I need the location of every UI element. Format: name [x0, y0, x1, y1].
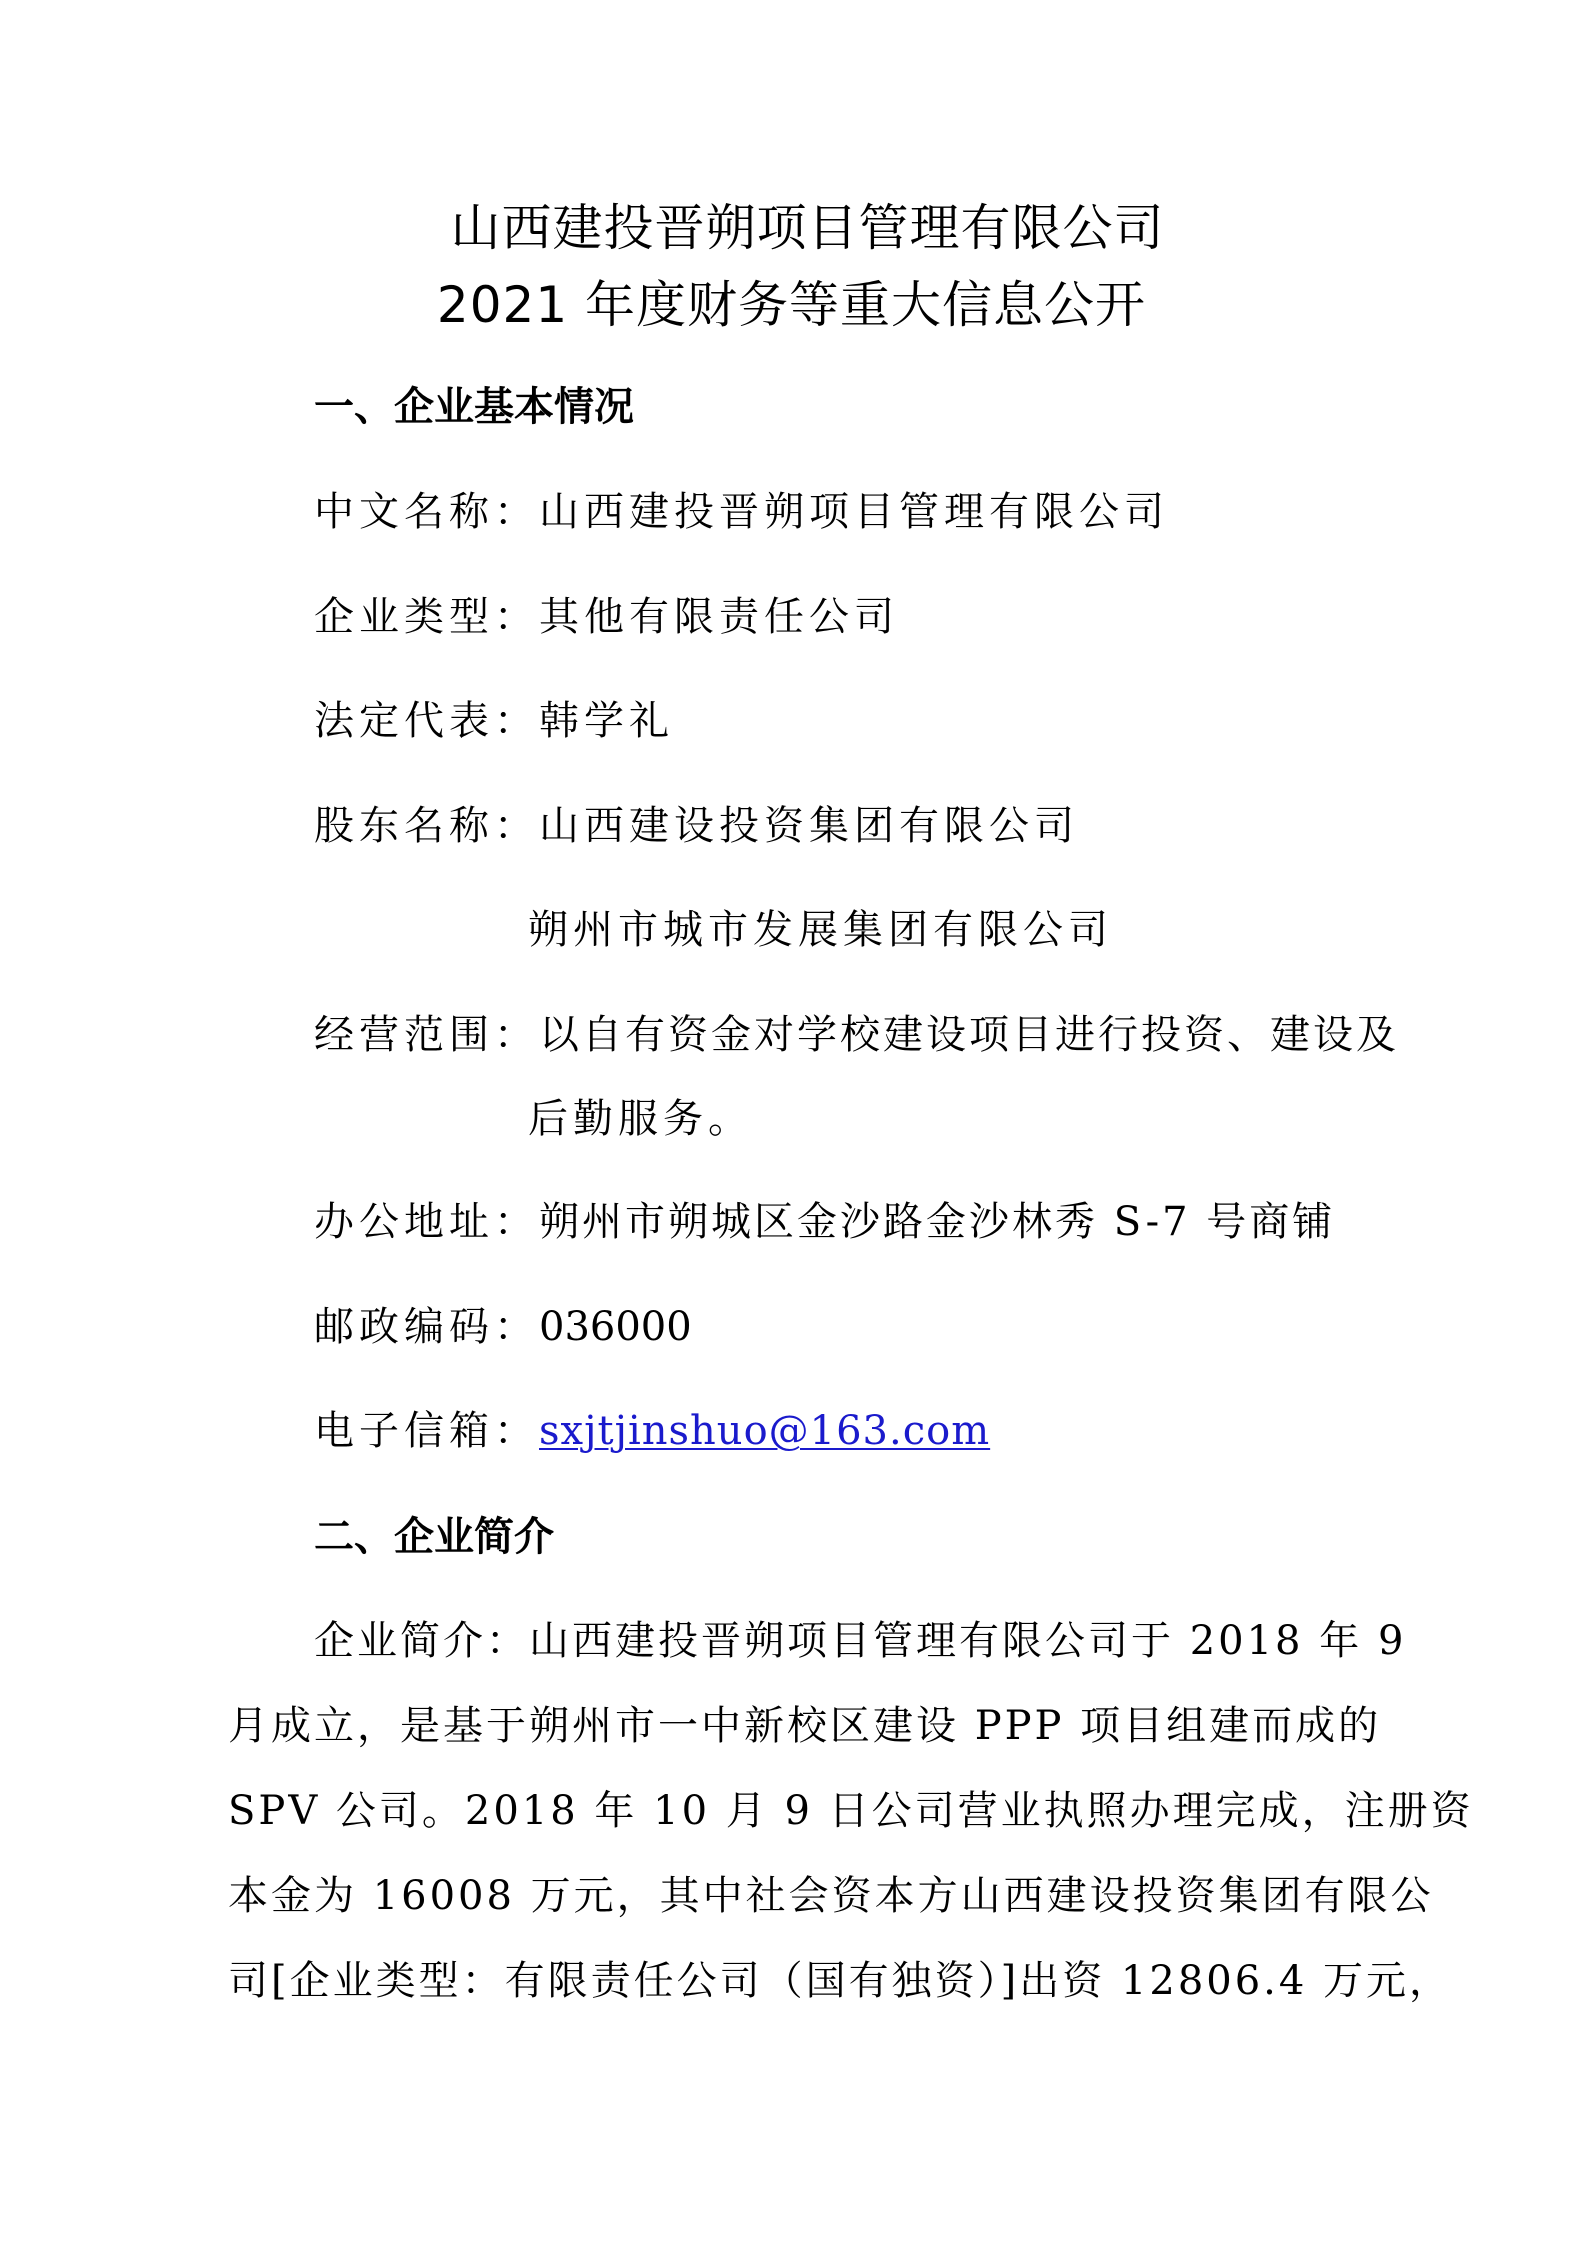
document-title-line-2: 2021 年度财务等重大信息公开 — [0, 275, 1585, 335]
field-label: 邮政编码： — [314, 1302, 539, 1352]
field-chinese-name: 中文名称：山西建投晋朔项目管理有限公司 — [314, 487, 1169, 537]
field-label: 办公地址： — [314, 1197, 539, 1247]
section-heading-company-profile: 二、企业简介 — [314, 1512, 554, 1562]
field-label: 股东名称： — [314, 801, 539, 851]
field-value: 其他有限责任公司 — [539, 592, 899, 642]
field-label: 经营范围： — [314, 1010, 539, 1060]
field-shareholders-continued: 朔州市城市发展集团有限公司 — [528, 905, 1113, 955]
document-title-line-1: 山西建投晋朔项目管理有限公司 — [14, 198, 1587, 258]
field-label: 法定代表： — [314, 696, 539, 746]
profile-paragraph-line: SPV 公司。2018 年 10 月 9 日公司营业执照办理完成，注册资 — [228, 1786, 1364, 1836]
email-link[interactable]: sxjtjinshuo@163.com — [539, 1408, 990, 1454]
field-business-scope-continued: 后勤服务。 — [528, 1094, 753, 1144]
field-business-scope: 经营范围：以自有资金对学校建设项目进行投资、建设及 — [314, 1010, 1399, 1060]
field-value: 山西建设投资集团有限公司 — [539, 801, 1079, 851]
field-value: 以自有资金对学校建设项目进行投资、建设及 — [539, 1010, 1399, 1060]
field-value: 朔州市朔城区金沙路金沙林秀 S-7 号商铺 — [539, 1197, 1335, 1247]
profile-paragraph-line: 司[企业类型：有限责任公司（国有独资）]出资 12806.4 万元， — [228, 1956, 1364, 2006]
field-email: 电子信箱：sxjtjinshuo@163.com — [314, 1406, 990, 1456]
field-legal-representative: 法定代表：韩学礼 — [314, 696, 674, 746]
section-heading-basic-info: 一、企业基本情况 — [314, 382, 634, 432]
field-office-address: 办公地址：朔州市朔城区金沙路金沙林秀 S-7 号商铺 — [314, 1197, 1335, 1247]
field-company-type: 企业类型：其他有限责任公司 — [314, 592, 899, 642]
profile-paragraph-line: 月成立，是基于朔州市一中新校区建设 PPP 项目组建而成的 — [228, 1701, 1364, 1751]
field-label: 电子信箱： — [314, 1406, 539, 1456]
field-value: 韩学礼 — [539, 696, 674, 746]
profile-paragraph-line: 企业简介：山西建投晋朔项目管理有限公司于 2018 年 9 — [314, 1616, 1450, 1666]
field-label: 企业类型： — [314, 592, 539, 642]
field-postal-code: 邮政编码：036000 — [314, 1302, 692, 1352]
document-page: 山西建投晋朔项目管理有限公司 2021 年度财务等重大信息公开 一、企业基本情况… — [0, 0, 1587, 2245]
field-value: 山西建投晋朔项目管理有限公司 — [539, 487, 1169, 537]
field-shareholders: 股东名称：山西建设投资集团有限公司 — [314, 801, 1079, 851]
profile-paragraph-line: 本金为 16008 万元，其中社会资本方山西建设投资集团有限公 — [228, 1871, 1364, 1921]
field-label: 中文名称： — [314, 487, 539, 537]
field-value: 036000 — [539, 1302, 692, 1352]
